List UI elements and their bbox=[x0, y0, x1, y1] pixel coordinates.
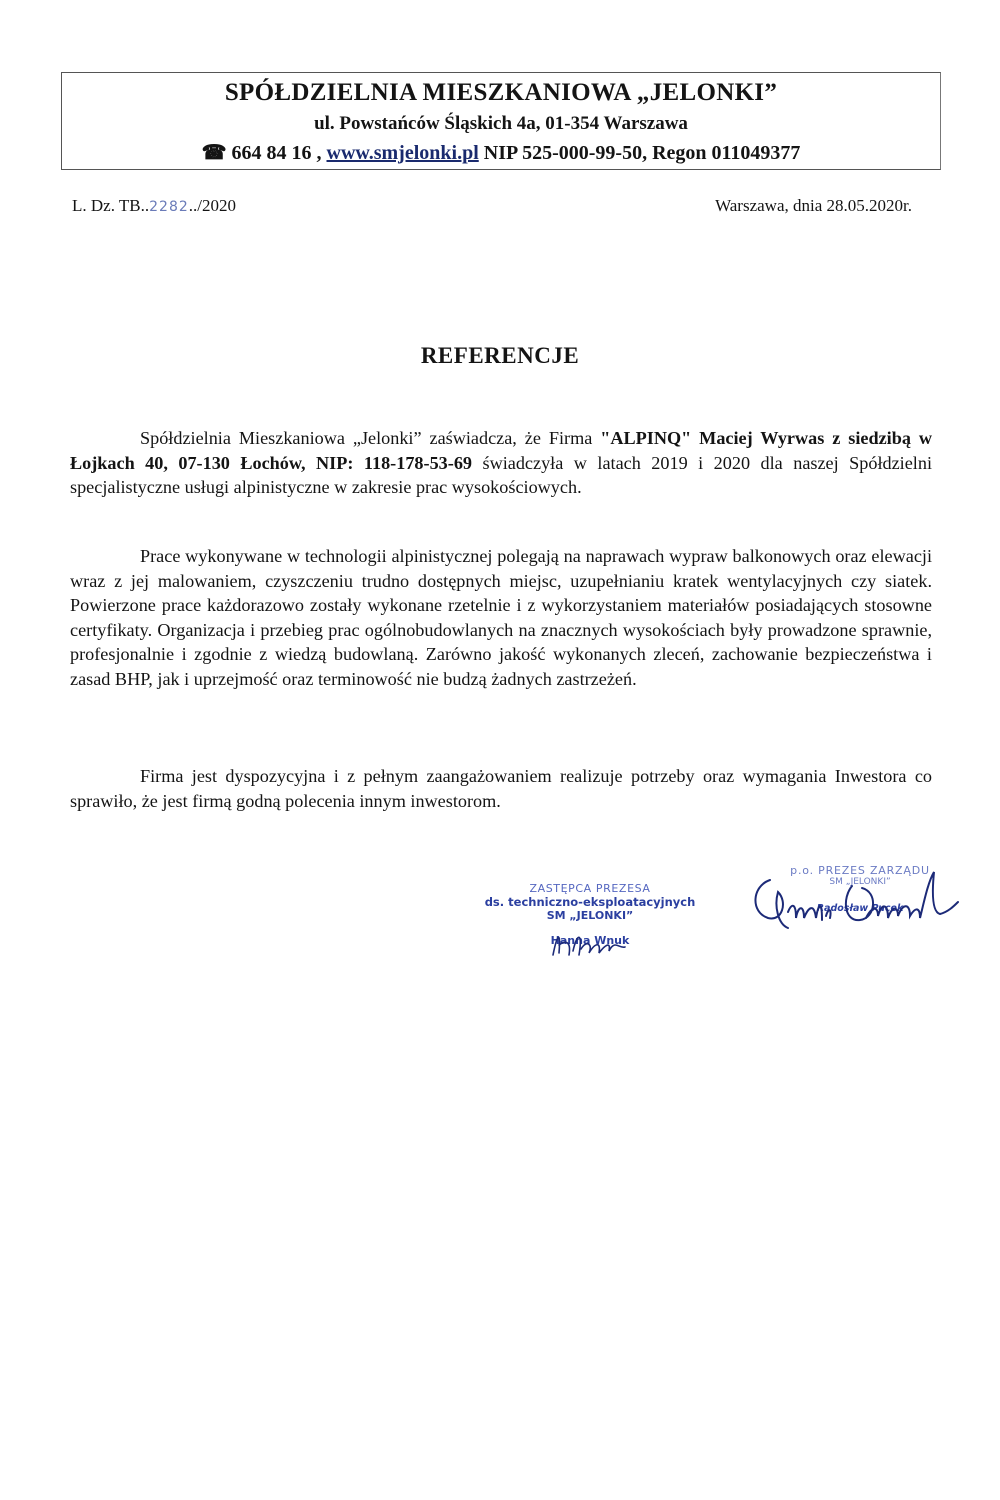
organization-contact: ☎ 664 84 16 , www.smjelonki.pl NIP 525-0… bbox=[62, 140, 940, 165]
document-title: REFERENCJE bbox=[0, 343, 1000, 369]
reference-dots: .. bbox=[141, 196, 150, 215]
reference-dots: .. bbox=[189, 196, 198, 215]
stamp-organization: SM „JELONKI” bbox=[470, 909, 710, 922]
reference-prefix: L. Dz. TB bbox=[72, 196, 141, 215]
website-link[interactable]: www.smjelonki.pl bbox=[327, 142, 479, 164]
paragraph-1-intro: Spółdzielnia Mieszkaniowa „Jelonki” zaśw… bbox=[140, 428, 600, 448]
paragraph-3-text: Firma jest dyspozycyjna i z pełnym zaang… bbox=[70, 764, 932, 813]
letterhead-box: SPÓŁDZIELNIA MIESZKANIOWA „JELONKI” ul. … bbox=[61, 72, 941, 170]
paragraph-1: Spółdzielnia Mieszkaniowa „Jelonki” zaśw… bbox=[70, 426, 932, 500]
handwritten-number: 2282 bbox=[149, 199, 189, 215]
organization-name: SPÓŁDZIELNIA MIESZKANIOWA „JELONKI” bbox=[62, 79, 940, 107]
phone-number: 664 84 16 , bbox=[232, 142, 322, 164]
paragraph-3: Firma jest dyspozycyjna i z pełnym zaang… bbox=[70, 764, 932, 813]
stamp-role: ZASTĘPCA PREZESA bbox=[470, 882, 710, 895]
stamp-department: ds. techniczno-eksploatacyjnych bbox=[470, 895, 710, 909]
signature-president-icon bbox=[748, 862, 968, 942]
organization-address: ul. Powstańców Śląskich 4a, 01-354 Warsz… bbox=[62, 113, 940, 135]
paragraph-2: Prace wykonywane w technologii alpinisty… bbox=[70, 544, 932, 691]
reference-number: L. Dz. TB..2282../2020 bbox=[72, 196, 236, 216]
signature-deputy-icon bbox=[545, 925, 635, 963]
reference-suffix: /2020 bbox=[197, 196, 236, 215]
paragraph-2-text: Prace wykonywane w technologii alpinisty… bbox=[70, 544, 932, 691]
date-line: Warszawa, dnia 28.05.2020r. bbox=[715, 196, 912, 216]
registry-numbers: NIP 525-000-99-50, Regon 011049377 bbox=[484, 142, 801, 164]
telephone-icon: ☎ bbox=[202, 142, 227, 164]
